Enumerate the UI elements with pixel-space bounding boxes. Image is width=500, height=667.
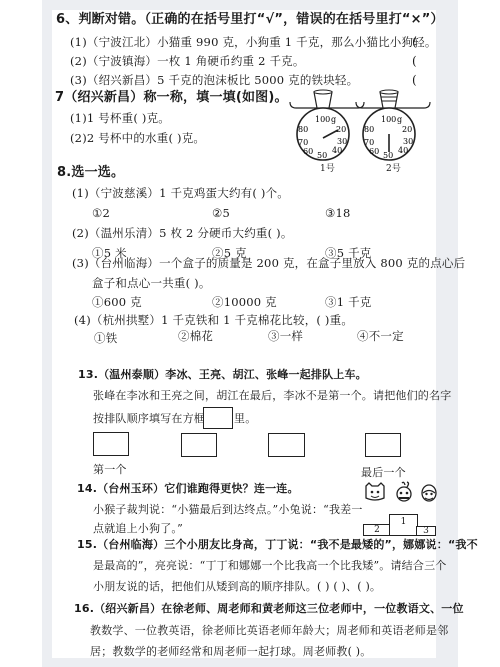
q8-4-option-4[interactable]: ④不一定 [357, 329, 404, 343]
q16-text: 16.（绍兴新昌）在徐老师、周老师和黄老师这三位老师中，一位教语文、一位 [74, 602, 464, 615]
q8-title: 8.选一选。 [57, 166, 124, 180]
q6-answer-paren-3[interactable]: ( [412, 73, 417, 87]
svg-text:20: 20 [402, 125, 412, 134]
q13-line-3a: 按排队顺序填写在方框 [93, 412, 205, 426]
podium-place-2[interactable]: 2 [363, 524, 391, 536]
q8-3-option-2[interactable]: ②10000 克 [212, 295, 277, 309]
q8-2-stem: (2)（温州乐清）5 枚 2 分硬币大约重( )。 [72, 226, 293, 240]
dog-icon[interactable] [420, 482, 438, 502]
q8-3-stem: (3)（台州临海）一个盒子的质量是 200 克，在盒子里放入 800 克的点心后 [72, 256, 465, 270]
q8-3-stem-cont: 盒子和点心一共重( )。 [92, 276, 211, 290]
svg-text:60: 60 [303, 147, 313, 156]
svg-text:70: 70 [364, 138, 374, 147]
q8-3-option-3[interactable]: ③1 千克 [325, 295, 371, 309]
svg-text:50: 50 [317, 151, 327, 160]
q8-1-option-2[interactable]: ②5 [212, 206, 230, 220]
svg-text:50: 50 [383, 151, 393, 160]
q15-line-2: 是最高的”，亮亮说：“丁丁和娜娜一个比我高一个比我矮”。请结合三个 [93, 559, 446, 573]
q13-first-label: 第一个 [93, 463, 127, 477]
q8-1-stem: (1)（宁波慈溪）1 千克鸡蛋大约有( )个。 [72, 186, 289, 200]
q6-answer-paren-2[interactable]: ( [412, 54, 417, 68]
svg-text:g: g [331, 115, 336, 124]
q13-answer-box-2[interactable] [181, 433, 217, 457]
q13-title: 13.（温州泰顺）李冰、王亮、胡江、张峰一起排队上车。 [78, 368, 367, 382]
q15-line-3: 小朋友说的话，把他们从矮到高的顺序排队。( ) ( )、( )。 [93, 580, 381, 594]
q14-line-2: 小猴子裁判说：“小猫最后到达终点。”小兔说：“我差一 [93, 503, 363, 517]
q7-title: 7（绍兴新昌）称一称，填一填(如图)。 [55, 91, 288, 105]
q13-answer-box-3[interactable] [268, 433, 305, 457]
q13-answer-box-1[interactable] [93, 432, 129, 456]
q6-item-2: (2)（宁波镇海）一枚 1 角硬币约重 2 千克。 [70, 54, 305, 68]
q8-1-option-3[interactable]: ③18 [325, 206, 351, 220]
q8-3-option-1[interactable]: ①600 克 [92, 295, 142, 309]
q13-text: 13.（温州泰顺）李冰、王亮、胡江、张峰一起排队上车。 [78, 368, 367, 381]
q16-title: 16.（绍兴新昌）在徐老师、周老师和黄老师这三位老师中，一位教语文、一位 [74, 602, 464, 616]
q7-item-1: (1)1 号杯重( )克。 [70, 111, 170, 125]
q15-title: 15.（台州临海）三个小朋友比身高，丁丁说：“我不是最矮的”，娜娜说：“我不 [77, 538, 478, 552]
q13-last-label: 最后一个 [361, 466, 406, 480]
q13-line-2: 张峰在李冰和王亮之间，胡江在最后，李冰不是第一个。请把他们的名字 [93, 389, 451, 403]
q14-title: 14.（台州玉环）它们谁跑得更快？连一连。 [77, 482, 299, 496]
svg-text:40: 40 [332, 146, 342, 155]
q8-4-option-1[interactable]: ①铁 [94, 331, 117, 345]
svg-text:30: 30 [403, 137, 413, 146]
q6-item-3: (3)（绍兴新昌）5 千克的泡沫板比 5000 克的铁块轻。 [70, 73, 358, 87]
cat-icon[interactable] [364, 482, 386, 502]
q8-4-option-2[interactable]: ②棉花 [178, 329, 213, 343]
q14-line-3: 点就追上小狗了。” [93, 522, 183, 536]
scale-1-label: 1号 [320, 162, 335, 176]
svg-text:100: 100 [315, 115, 330, 124]
q13-example-box [203, 407, 233, 429]
scale-2-label: 2号 [386, 162, 401, 176]
svg-text:80: 80 [298, 125, 308, 134]
q6-item-1: (1)（宁波江北）小猫重 990 克，小狗重 1 千克，那么小猫比小狗轻。 [70, 35, 437, 49]
q15-text: 15.（台州临海）三个小朋友比身高，丁丁说：“我不是最矮的”，娜娜说：“我不 [77, 538, 478, 551]
svg-text:40: 40 [398, 146, 408, 155]
q6-answer-paren-1[interactable]: ( [412, 35, 417, 49]
q14-text: 14.（台州玉环）它们谁跑得更快？连一连。 [77, 482, 299, 495]
q13-line-3b: 里。 [234, 412, 256, 426]
svg-text:80: 80 [364, 125, 374, 134]
svg-text:30: 30 [337, 137, 347, 146]
q8-4-stem: (4)（杭州拱墅）1 千克铁和 1 千克棉花比较，( )重。 [74, 313, 353, 327]
scale-dial-2: 100g 8020 7030 6040 50 2号 [354, 88, 432, 174]
podium-place-1[interactable]: 1 [389, 514, 418, 536]
q6-title: 6、判断对错。（正确的在括号里打“√”，错误的在括号里打“×”） [56, 13, 444, 27]
q16-line-3: 居；教数学的老师经常和周老师一起打球。周老师教( )。 [90, 645, 371, 659]
q16-line-2: 教数学、一位教英语，徐老师比英语老师年龄大；周老师和英语老师是邻 [90, 624, 448, 638]
q8-4-option-3[interactable]: ③一样 [268, 329, 303, 343]
q8-1-option-1[interactable]: ①2 [92, 206, 110, 220]
podium-place-3[interactable]: 3 [416, 526, 436, 536]
q13-answer-box-4[interactable] [365, 433, 401, 457]
svg-text:100: 100 [381, 115, 396, 124]
rabbit-icon[interactable] [394, 481, 414, 503]
svg-text:70: 70 [298, 138, 308, 147]
svg-text:60: 60 [369, 147, 379, 156]
q7-item-2: (2)2 号杯中的水重( )克。 [70, 131, 205, 145]
svg-text:g: g [397, 115, 402, 124]
